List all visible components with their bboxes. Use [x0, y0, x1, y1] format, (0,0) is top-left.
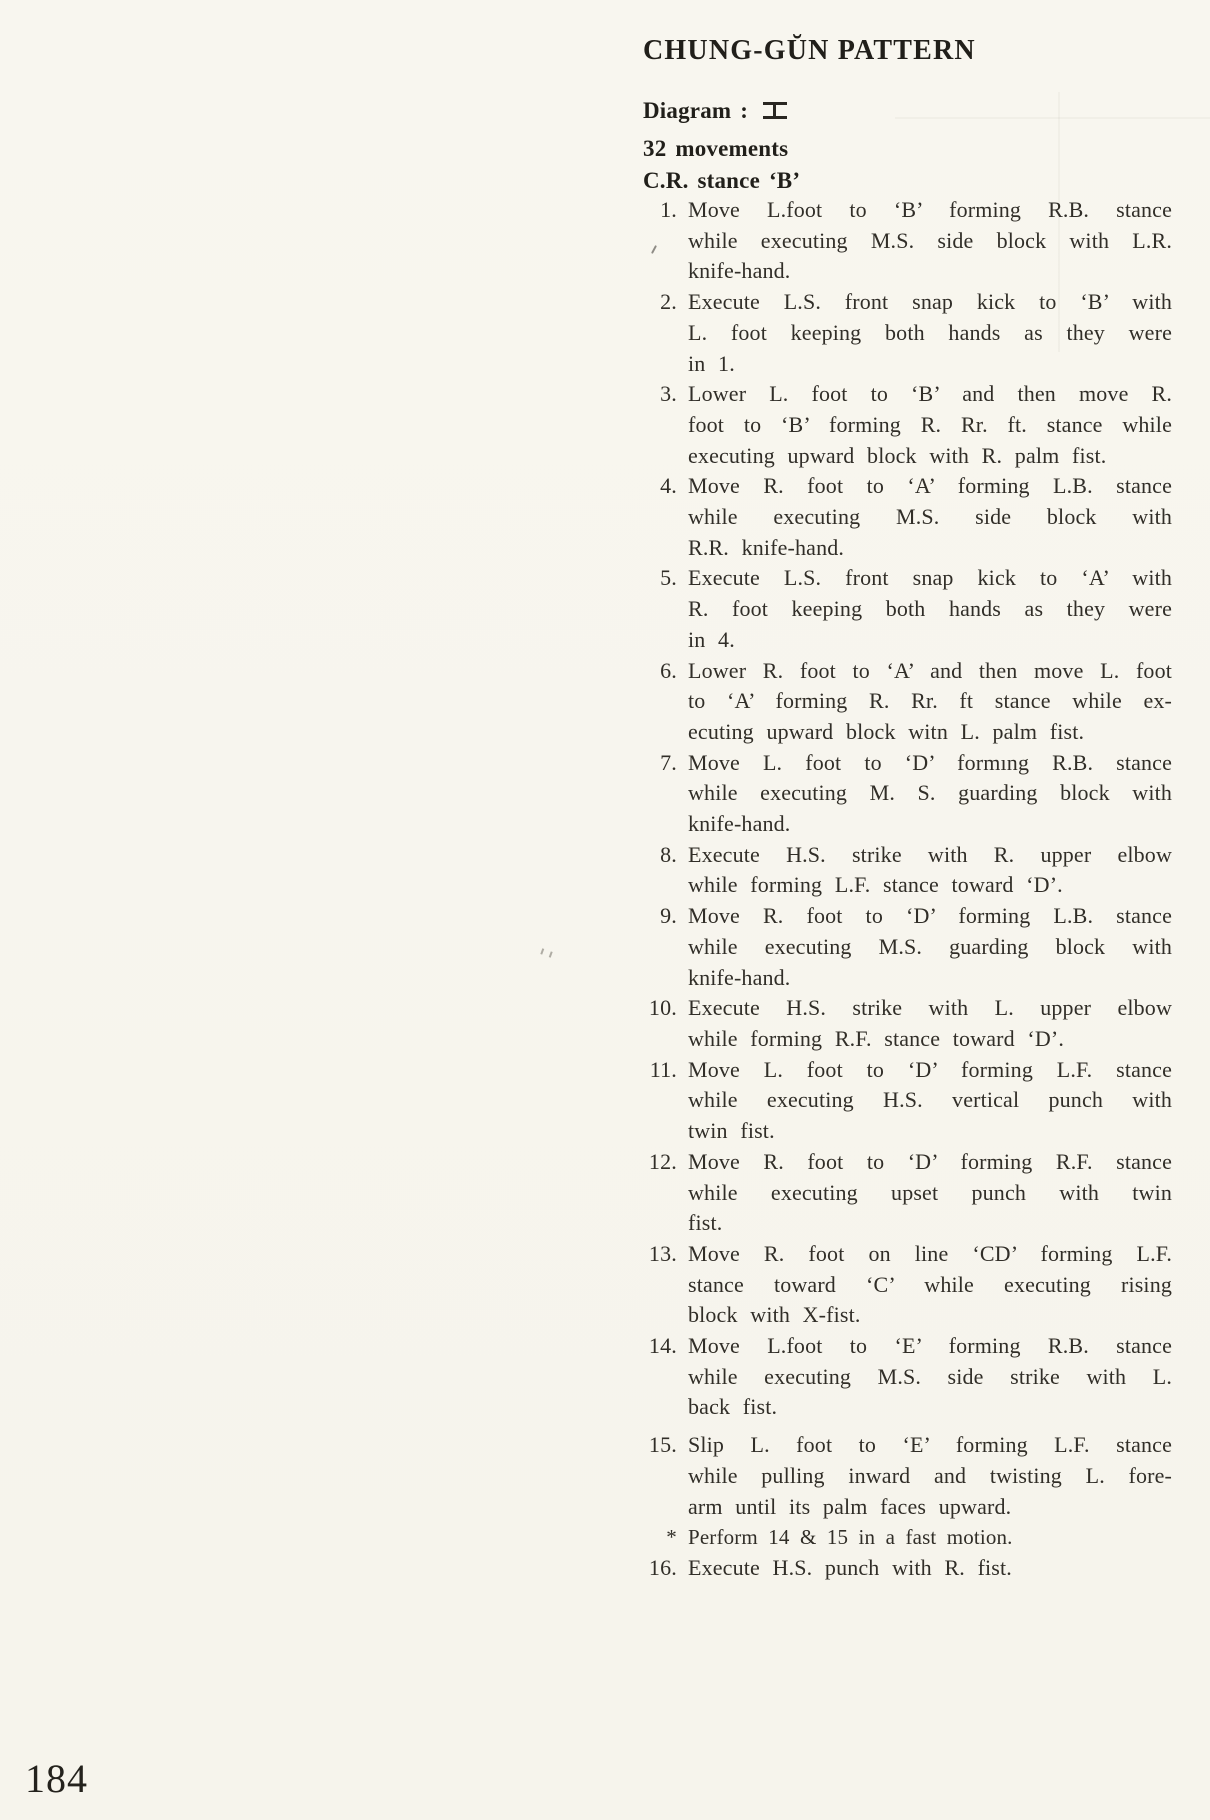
- movement-item: 16. Execute H.S. punch with R. fist.: [643, 1553, 1172, 1584]
- movement-text: Move L. foot to ‘D’ forming L.F. stancew…: [688, 1055, 1172, 1147]
- movement-number: 5.: [643, 563, 677, 655]
- movement-line: Slip L. foot to ‘E’ forming L.F. stance: [688, 1430, 1172, 1461]
- movement-item: 14. Move L.foot to ‘E’ forming R.B. stan…: [643, 1331, 1172, 1423]
- movement-text: Move R. foot to ‘D’ forming L.B. stancew…: [688, 901, 1172, 993]
- movement-number: 15.: [643, 1430, 677, 1522]
- movement-item: 15. Slip L. foot to ‘E’ forming L.F. sta…: [643, 1430, 1172, 1522]
- movement-number: *: [643, 1522, 677, 1553]
- movement-line: while executing H.S. vertical punch with: [688, 1085, 1172, 1116]
- ready-stance: C.R. stance ‘B’: [643, 167, 1172, 195]
- movement-line: Move L. foot to ‘D’ formıng R.B. stance: [688, 748, 1172, 779]
- movement-line: while executing M. S. guarding block wit…: [688, 778, 1172, 809]
- pattern-title: CHUNG-GŬN PATTERN: [643, 36, 1172, 66]
- movement-number: 14.: [643, 1331, 677, 1423]
- movement-text: Lower R. foot to ‘A’ and then move L. fo…: [688, 656, 1172, 748]
- movement-number: 10.: [643, 993, 677, 1054]
- movement-line: in 1.: [688, 349, 1172, 380]
- movement-text: Lower L. foot to ‘B’ and then move R.foo…: [688, 379, 1172, 471]
- movement-line: while pulling inward and twisting L. for…: [688, 1461, 1172, 1492]
- movement-line: arm until its palm faces upward.: [688, 1492, 1172, 1523]
- movement-number: 16.: [643, 1553, 677, 1584]
- scan-speck: [540, 948, 552, 957]
- movement-line: Move R. foot to ‘D’ forming R.F. stance: [688, 1147, 1172, 1178]
- movement-text: Move L.foot to ‘B’ forming R.B. stancewh…: [688, 195, 1172, 287]
- movement-line: block with X-fist.: [688, 1300, 1172, 1331]
- movements-list: 1. Move L.foot to ‘B’ forming R.B. stanc…: [643, 195, 1172, 1584]
- movement-line: Execute L.S. front snap kick to ‘B’ with: [688, 287, 1172, 318]
- movement-item: 13. Move R. foot on line ‘CD’ forming L.…: [643, 1239, 1172, 1331]
- movement-line: knife-hand.: [688, 963, 1172, 994]
- movement-line: Perform 14 & 15 in a fast motion.: [688, 1522, 1172, 1553]
- movement-line: while executing M.S. side block with: [688, 502, 1172, 533]
- movement-item: 1. Move L.foot to ‘B’ forming R.B. stanc…: [643, 195, 1172, 287]
- book-page: CHUNG-GŬN PATTERN Diagram : 32 movements…: [0, 0, 1210, 1820]
- movement-count: 32 movements: [643, 135, 1172, 163]
- diagram-row: Diagram :: [643, 97, 1172, 125]
- movement-line: in 4.: [688, 625, 1172, 656]
- movement-item: 7. Move L. foot to ‘D’ formıng R.B. stan…: [643, 748, 1172, 840]
- movement-number: 2.: [643, 287, 677, 379]
- movement-line: knife-hand.: [688, 256, 1172, 287]
- movement-line: Execute H.S. strike with L. upper elbow: [688, 993, 1172, 1024]
- movement-number: 7.: [643, 748, 677, 840]
- movement-line: R. foot keeping both hands as they were: [688, 594, 1172, 625]
- movement-line: stance toward ‘C’ while executing rising: [688, 1270, 1172, 1301]
- movement-text: Move R. foot on line ‘CD’ forming L.F.st…: [688, 1239, 1172, 1331]
- movement-line: while executing upset punch with twin: [688, 1178, 1172, 1209]
- movement-item: 12. Move R. foot to ‘D’ forming R.F. sta…: [643, 1147, 1172, 1239]
- movement-line: Move R. foot on line ‘CD’ forming L.F.: [688, 1239, 1172, 1270]
- movement-item: 10. Execute H.S. strike with L. upper el…: [643, 993, 1172, 1054]
- movement-item: 11. Move L. foot to ‘D’ forming L.F. sta…: [643, 1055, 1172, 1147]
- movement-text: Move L. foot to ‘D’ formıng R.B. stancew…: [688, 748, 1172, 840]
- movement-text: Slip L. foot to ‘E’ forming L.F. stancew…: [688, 1430, 1172, 1522]
- movement-number: 12.: [643, 1147, 677, 1239]
- movement-text: Perform 14 & 15 in a fast motion.: [688, 1522, 1172, 1553]
- movement-line: while forming L.F. stance toward ‘D’.: [688, 870, 1172, 901]
- movement-text: Execute H.S. strike with R. upper elboww…: [688, 840, 1172, 901]
- movement-number: 4.: [643, 471, 677, 563]
- movement-line: Execute H.S. punch with R. fist.: [688, 1553, 1172, 1584]
- movement-line: back fist.: [688, 1392, 1172, 1423]
- text-column: CHUNG-GŬN PATTERN Diagram : 32 movements…: [643, 36, 1172, 1584]
- movement-line: R.R. knife-hand.: [688, 533, 1172, 564]
- movement-line: L. foot keeping both hands as they were: [688, 318, 1172, 349]
- movement-item: 8. Execute H.S. strike with R. upper elb…: [643, 840, 1172, 901]
- movement-line: while executing M.S. guarding block with: [688, 932, 1172, 963]
- movement-line: Move L. foot to ‘D’ forming L.F. stance: [688, 1055, 1172, 1086]
- movement-line: Execute L.S. front snap kick to ‘A’ with: [688, 563, 1172, 594]
- movement-line: ecuting upward block witn L. palm fist.: [688, 717, 1172, 748]
- movement-line: foot to ‘B’ forming R. Rr. ft. stance wh…: [688, 410, 1172, 441]
- movement-line: Move R. foot to ‘A’ forming L.B. stance: [688, 471, 1172, 502]
- movement-line: Move L.foot to ‘E’ forming R.B. stance: [688, 1331, 1172, 1362]
- movement-line: executing upward block with R. palm fist…: [688, 441, 1172, 472]
- movement-line: fist.: [688, 1208, 1172, 1239]
- movement-line: Move L.foot to ‘B’ forming R.B. stance: [688, 195, 1172, 226]
- movement-number: 6.: [643, 656, 677, 748]
- movement-line: while executing M.S. side strike with L.: [688, 1362, 1172, 1393]
- movement-item: 9. Move R. foot to ‘D’ forming L.B. stan…: [643, 901, 1172, 993]
- movement-text: Execute H.S. punch with R. fist.: [688, 1553, 1172, 1584]
- movement-text: Move R. foot to ‘D’ forming R.F. stancew…: [688, 1147, 1172, 1239]
- movement-text: Move L.foot to ‘E’ forming R.B. stancewh…: [688, 1331, 1172, 1423]
- movement-text: Move R. foot to ‘A’ forming L.B. stancew…: [688, 471, 1172, 563]
- page-number: 184: [25, 1758, 88, 1800]
- movement-number: 9.: [643, 901, 677, 993]
- movement-item: 3. Lower L. foot to ‘B’ and then move R.…: [643, 379, 1172, 471]
- movement-number: 1.: [643, 195, 677, 287]
- movement-line: to ‘A’ forming R. Rr. ft stance while ex…: [688, 686, 1172, 717]
- movement-text: Execute H.S. strike with L. upper elboww…: [688, 993, 1172, 1054]
- movement-line: while forming R.F. stance toward ‘D’.: [688, 1024, 1172, 1055]
- movement-number: 13.: [643, 1239, 677, 1331]
- movement-item: * Perform 14 & 15 in a fast motion.: [643, 1522, 1172, 1553]
- movement-line: while executing M.S. side block with L.R…: [688, 226, 1172, 257]
- movement-text: Execute L.S. front snap kick to ‘A’ with…: [688, 563, 1172, 655]
- movement-line: twin fist.: [688, 1116, 1172, 1147]
- movement-line: Move R. foot to ‘D’ forming L.B. stance: [688, 901, 1172, 932]
- i-beam-bottom-bar: [763, 116, 787, 119]
- movement-number: 3.: [643, 379, 677, 471]
- movement-number: 11.: [643, 1055, 677, 1147]
- movement-line: Lower L. foot to ‘B’ and then move R.: [688, 379, 1172, 410]
- movement-line: knife-hand.: [688, 809, 1172, 840]
- movement-text: Execute L.S. front snap kick to ‘B’ with…: [688, 287, 1172, 379]
- movement-item: 6. Lower R. foot to ‘A’ and then move L.…: [643, 656, 1172, 748]
- movement-item: 2. Execute L.S. front snap kick to ‘B’ w…: [643, 287, 1172, 379]
- movement-number: 8.: [643, 840, 677, 901]
- movement-item: 5. Execute L.S. front snap kick to ‘A’ w…: [643, 563, 1172, 655]
- diagram-label: Diagram :: [643, 98, 748, 123]
- movement-line: Execute H.S. strike with R. upper elbow: [688, 840, 1172, 871]
- i-beam-diagram-symbol: [763, 102, 787, 119]
- movement-item: 4. Move R. foot to ‘A’ forming L.B. stan…: [643, 471, 1172, 563]
- movement-line: Lower R. foot to ‘A’ and then move L. fo…: [688, 656, 1172, 687]
